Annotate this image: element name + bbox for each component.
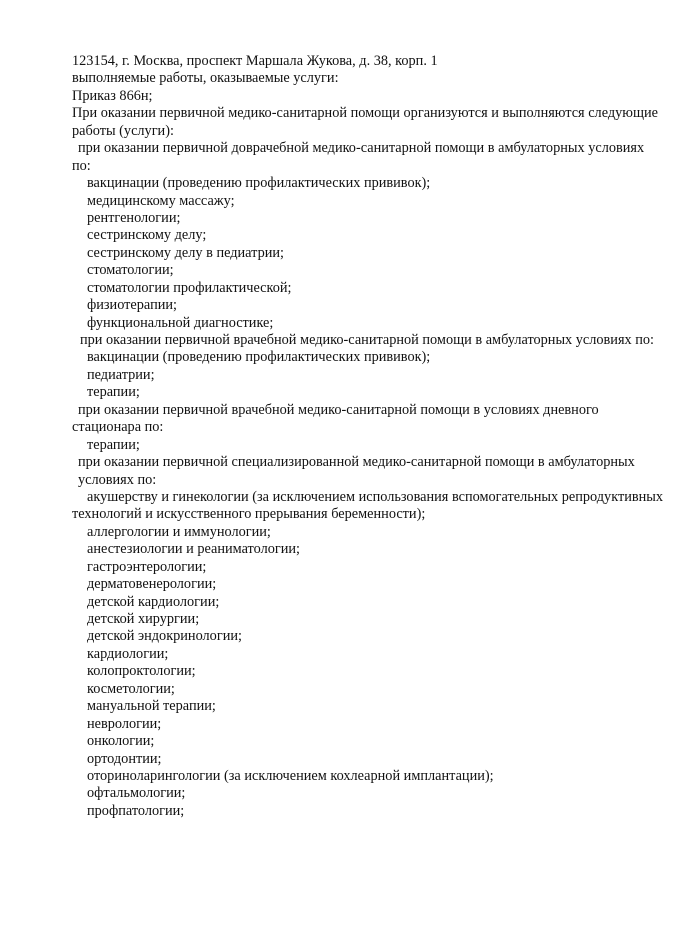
- list-item: стоматологии;: [72, 262, 672, 279]
- list-item: рентгенологии;: [72, 210, 672, 227]
- section-specialized-ambulatory: при оказании первичной специализированно…: [72, 454, 672, 820]
- list-item: онкологии;: [72, 733, 672, 750]
- section-doctor-day-hospital: при оказании первичной врачебной медико-…: [72, 402, 672, 454]
- list-item: оториноларингологии (за исключением кохл…: [72, 768, 672, 785]
- section-heading: при оказании первичной специализированно…: [72, 454, 672, 471]
- section-prehospital-ambulatory: при оказании первичной доврачебной медик…: [72, 140, 672, 332]
- list-item: детской кардиологии;: [72, 594, 672, 611]
- list-item: вакцинации (проведению профилактических …: [72, 349, 672, 366]
- list-item: неврологии;: [72, 716, 672, 733]
- section-doctor-ambulatory: при оказании первичной врачебной медико-…: [72, 332, 672, 402]
- list-item: терапии;: [72, 437, 672, 454]
- section-heading-continued: по:: [72, 158, 672, 175]
- list-item: профпатологии;: [72, 803, 672, 820]
- list-item: детской хирургии;: [72, 611, 672, 628]
- order-line: Приказ 866н;: [72, 88, 672, 105]
- list-item: гастроэнтерологии;: [72, 559, 672, 576]
- works-label: выполняемые работы, оказываемые услуги:: [72, 70, 672, 87]
- list-item: мануальной терапии;: [72, 698, 672, 715]
- list-item: медицинскому массажу;: [72, 193, 672, 210]
- list-item: вакцинации (проведению профилактических …: [72, 175, 672, 192]
- list-item: аллергологии и иммунологии;: [72, 524, 672, 541]
- list-item: педиатрии;: [72, 367, 672, 384]
- list-item: офтальмологии;: [72, 785, 672, 802]
- section-heading: при оказании первичной врачебной медико-…: [72, 402, 672, 419]
- section-heading-continued: условиях по:: [72, 472, 672, 489]
- list-item: косметологии;: [72, 681, 672, 698]
- list-item: акушерству и гинекологии (за исключением…: [72, 489, 672, 506]
- list-item: стоматологии профилактической;: [72, 280, 672, 297]
- list-item-continued: технологий и искусственного прерывания б…: [72, 506, 672, 523]
- list-item: сестринскому делу;: [72, 227, 672, 244]
- list-item: сестринскому делу в педиатрии;: [72, 245, 672, 262]
- section-heading: при оказании первичной врачебной медико-…: [72, 332, 672, 349]
- list-item: функциональной диагностике;: [72, 315, 672, 332]
- intro-line-continued: работы (услуги):: [72, 123, 672, 140]
- address-line: 123154, г. Москва, проспект Маршала Жуко…: [72, 53, 672, 70]
- document-page: 123154, г. Москва, проспект Маршала Жуко…: [72, 53, 672, 820]
- intro-line: При оказании первичной медико-санитарной…: [72, 105, 672, 122]
- list-item: ортодонтии;: [72, 751, 672, 768]
- list-item: дерматовенерологии;: [72, 576, 672, 593]
- list-item: кардиологии;: [72, 646, 672, 663]
- list-item: анестезиологии и реаниматологии;: [72, 541, 672, 558]
- list-item: физиотерапии;: [72, 297, 672, 314]
- list-item: детской эндокринологии;: [72, 628, 672, 645]
- list-item: терапии;: [72, 384, 672, 401]
- list-item: колопроктологии;: [72, 663, 672, 680]
- section-heading: при оказании первичной доврачебной медик…: [72, 140, 672, 157]
- section-heading-continued: стационара по:: [72, 419, 672, 436]
